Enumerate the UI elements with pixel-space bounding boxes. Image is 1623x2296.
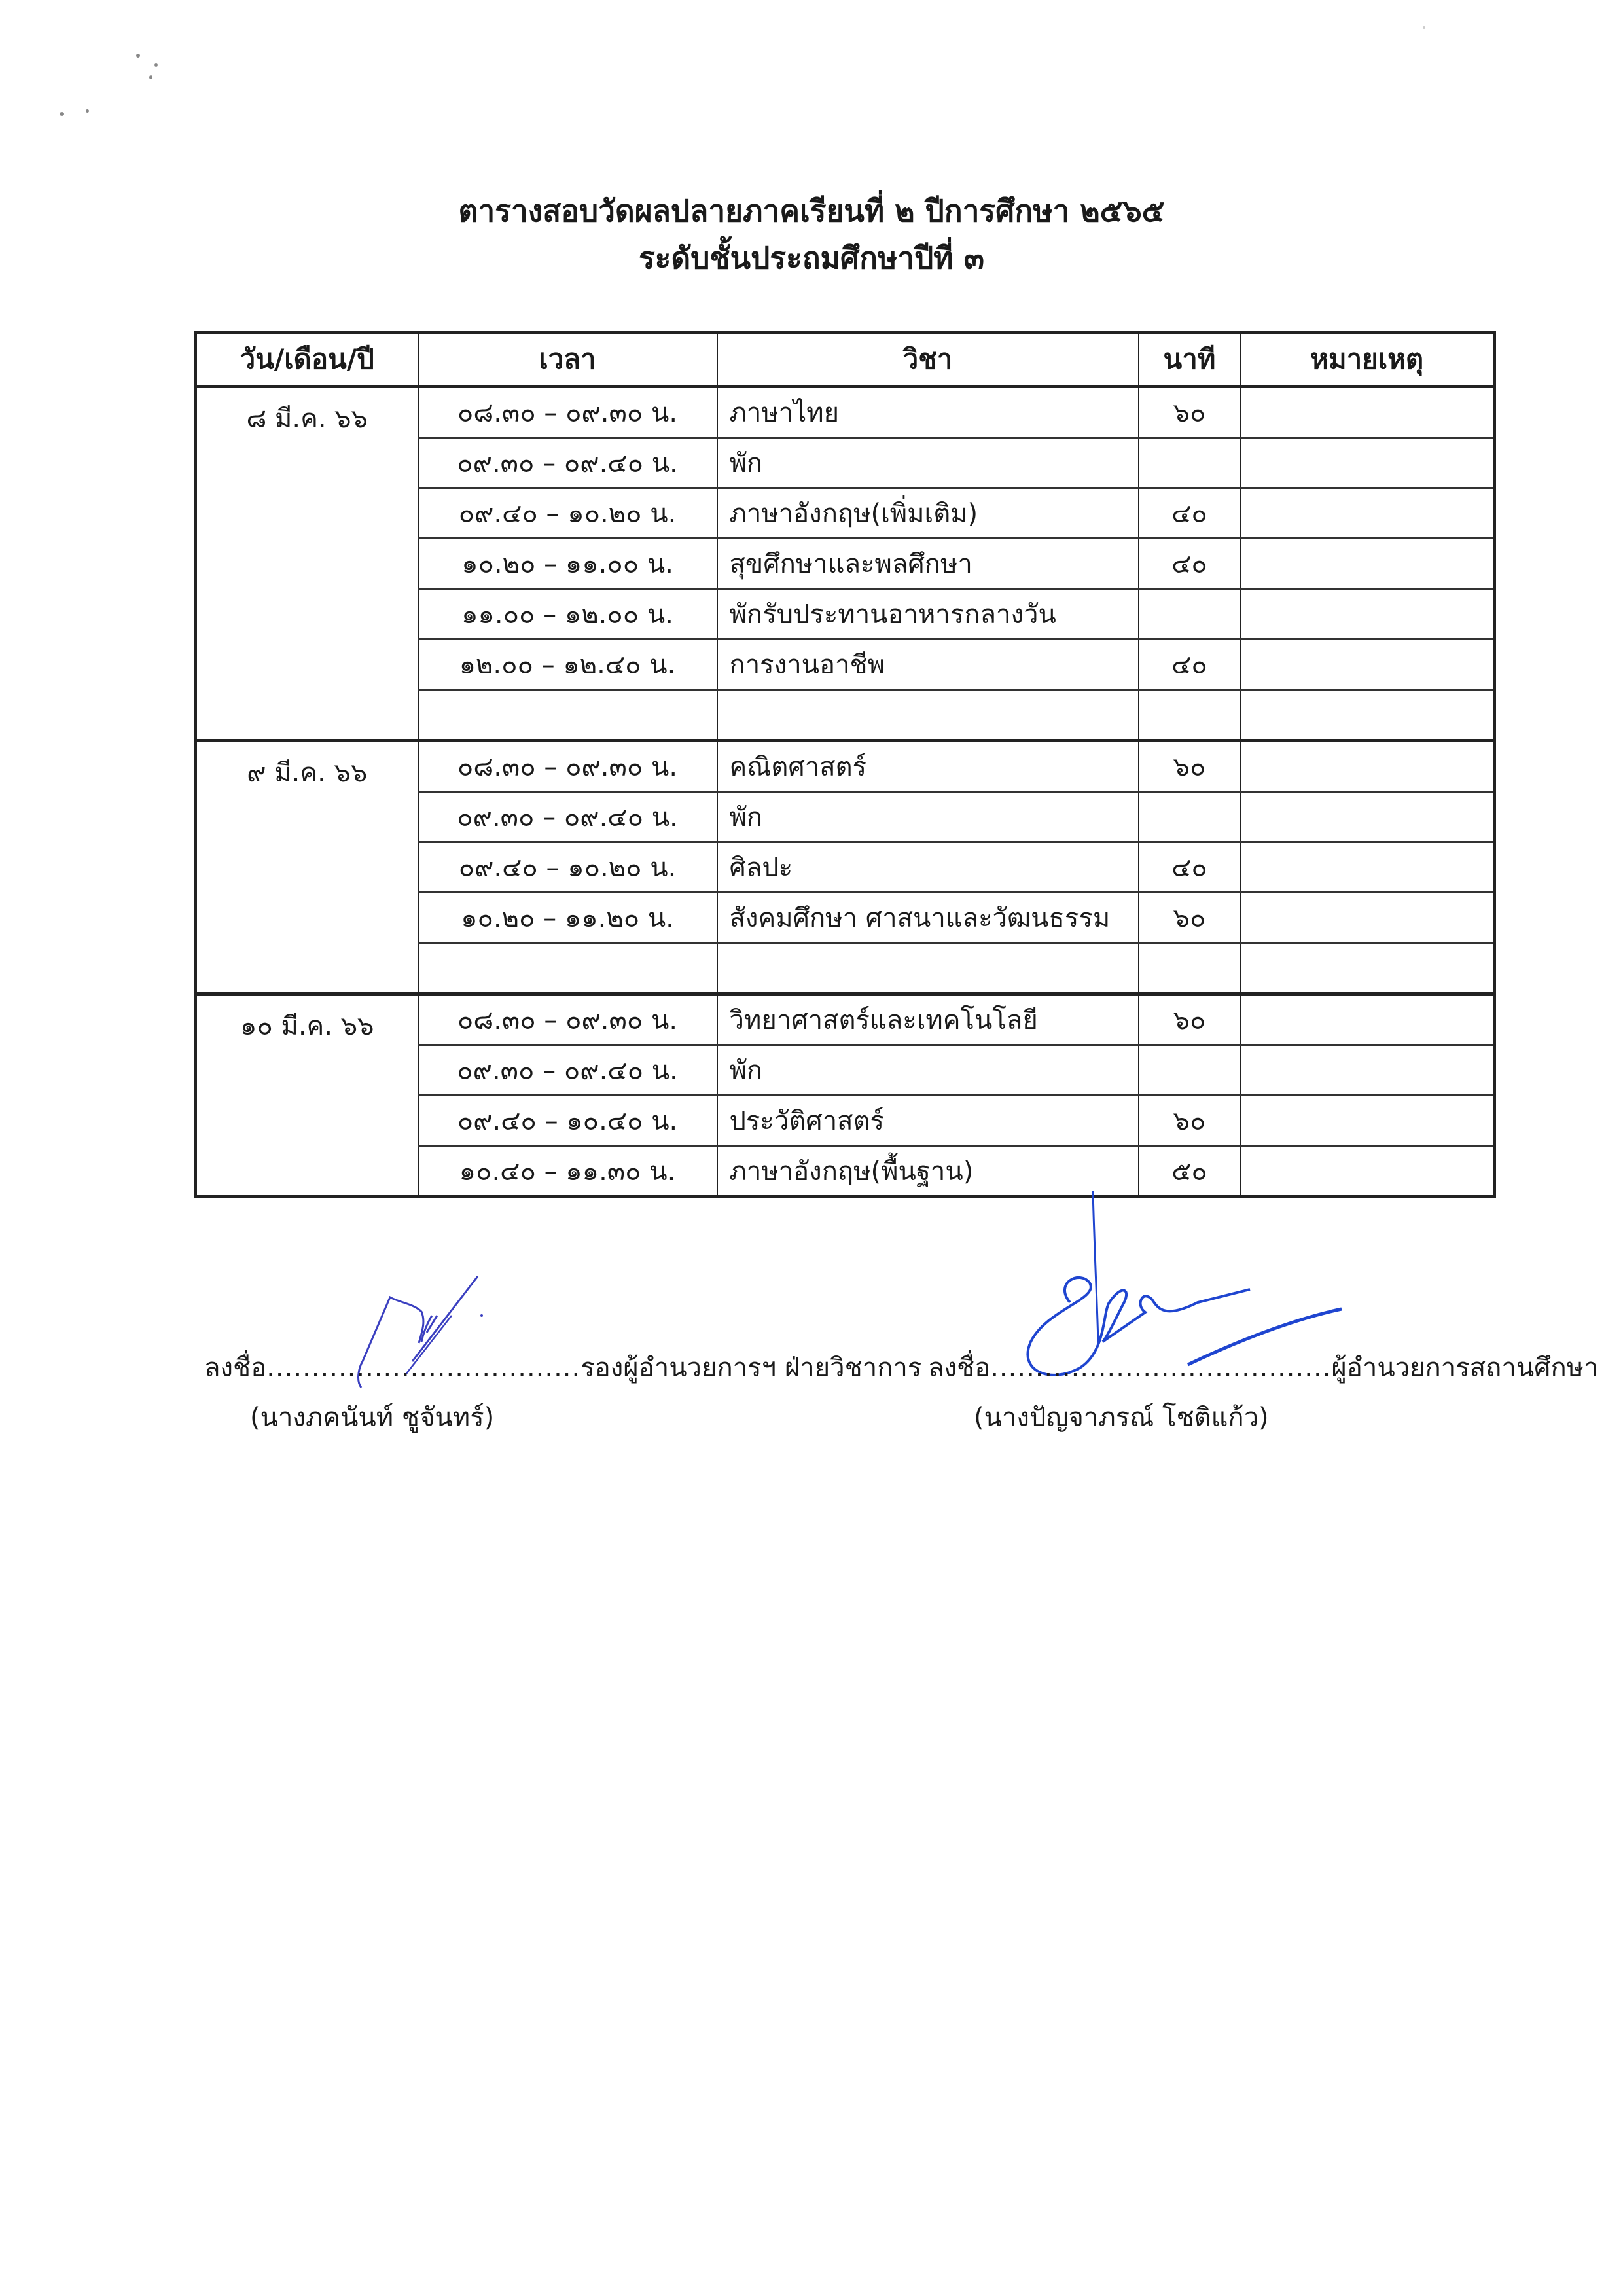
cell-time: ๐๙.๔๐ – ๑๐.๒๐ น. [418,842,717,893]
cell-time [418,943,717,994]
cell-subject: การงานอาชีพ [717,639,1139,690]
cell-remarks [1241,539,1495,589]
signer-position: ผู้อำนวยการสถานศึกษา [1331,1353,1598,1383]
cell-minutes: ๔๐ [1139,842,1241,893]
cell-remarks [1241,1146,1495,1197]
cell-date: ๙ มี.ค. ๖๖ [196,741,418,994]
cell-time: ๐๙.๓๐ – ๐๙.๔๐ น. [418,792,717,842]
document-title: ตารางสอบวัดผลปลายภาคเรียนที่ ๒ ปีการศึกษ… [0,187,1623,234]
cell-minutes [1139,438,1241,488]
cell-date: ๑๐ มี.ค. ๖๖ [196,994,418,1197]
cell-remarks [1241,589,1495,639]
table-row: ๘ มี.ค. ๖๖๐๘.๓๐ – ๐๙.๓๐ น.ภาษาไทย๖๐ [196,387,1495,438]
cell-subject: พัก [717,792,1139,842]
cell-subject: วิทยาศาสตร์และเทคโนโลยี [717,994,1139,1045]
cell-time: ๐๘.๓๐ – ๐๙.๓๐ น. [418,387,717,438]
cell-subject: ภาษาอังกฤษ(พื้นฐาน) [717,1146,1139,1197]
cell-remarks [1241,741,1495,792]
scan-speck [154,63,158,67]
cell-minutes: ๖๐ [1139,387,1241,438]
cell-remarks [1241,994,1495,1045]
header-time: เวลา [418,332,717,387]
cell-remarks [1241,842,1495,893]
table-row: ๑๐ มี.ค. ๖๖๐๘.๓๐ – ๐๙.๓๐ น.วิทยาศาสตร์แล… [196,994,1495,1045]
cell-remarks [1241,639,1495,690]
table-row: ๙ มี.ค. ๖๖๐๘.๓๐ – ๐๙.๓๐ น.คณิตศาสตร์๖๐ [196,741,1495,792]
cell-subject: ศิลปะ [717,842,1139,893]
signature-block-deputy: ลงชื่อ..................................… [204,1350,921,1436]
cell-minutes [1139,589,1241,639]
cell-minutes: ๔๐ [1139,488,1241,539]
cell-time: ๑๐.๒๐ – ๑๑.๒๐ น. [418,893,717,943]
cell-subject: พักรับประทานอาหารกลางวัน [717,589,1139,639]
cell-remarks [1241,690,1495,741]
scan-speck [60,112,64,116]
signature-block-director: ลงชื่อ..................................… [928,1350,1599,1436]
cell-minutes: ๖๐ [1139,893,1241,943]
cell-remarks [1241,387,1495,438]
cell-subject: สังคมศึกษา ศาสนาและวัฒนธรรม [717,893,1139,943]
scan-speck [136,54,140,58]
cell-time: ๐๘.๓๐ – ๐๙.๓๐ น. [418,741,717,792]
cell-minutes [1139,792,1241,842]
scan-speck [149,75,152,79]
cell-time: ๑๐.๔๐ – ๑๑.๓๐ น. [418,1146,717,1197]
cell-minutes: ๖๐ [1139,1096,1241,1146]
cell-time: ๐๙.๓๐ – ๐๙.๔๐ น. [418,438,717,488]
signature-line: ................................... [266,1353,580,1383]
cell-time: ๐๘.๓๐ – ๐๙.๓๐ น. [418,994,717,1045]
signer-position: รองผู้อำนวยการฯ ฝ่ายวิชาการ [580,1353,921,1383]
cell-time [418,690,717,741]
cell-subject: พัก [717,438,1139,488]
scan-speck [86,109,89,113]
cell-date: ๘ มี.ค. ๖๖ [196,387,418,741]
cell-minutes [1139,1045,1241,1096]
cell-minutes [1139,943,1241,994]
cell-minutes: ๖๐ [1139,994,1241,1045]
cell-remarks [1241,488,1495,539]
signature-line: ...................................... [990,1353,1331,1383]
cell-time: ๐๙.๔๐ – ๑๐.๒๐ น. [418,488,717,539]
cell-subject [717,943,1139,994]
cell-remarks [1241,1045,1495,1096]
cell-remarks [1241,792,1495,842]
cell-remarks [1241,1096,1495,1146]
cell-remarks [1241,943,1495,994]
header-remarks: หมายเหตุ [1241,332,1495,387]
header-subject: วิชา [717,332,1139,387]
cell-remarks [1241,438,1495,488]
cell-subject: คณิตศาสตร์ [717,741,1139,792]
cell-minutes: ๔๐ [1139,539,1241,589]
cell-subject: ภาษาอังกฤษ(เพิ่มเติม) [717,488,1139,539]
signer-name: (นางปัญจาภรณ์ โชติแก้ว) [928,1399,1599,1436]
header-minutes: นาที [1139,332,1241,387]
sign-label: ลงชื่อ [204,1353,266,1383]
cell-time: ๑๑.๐๐ – ๑๒.๐๐ น. [418,589,717,639]
signer-name: (นางภคนันท์ ชูจันทร์) [204,1399,921,1436]
sign-label: ลงชื่อ [928,1353,990,1383]
cell-remarks [1241,893,1495,943]
cell-subject: สุขศึกษาและพลศึกษา [717,539,1139,589]
scan-speck [1423,26,1425,29]
cell-subject: พัก [717,1045,1139,1096]
cell-minutes: ๔๐ [1139,639,1241,690]
cell-time: ๑๒.๐๐ – ๑๒.๔๐ น. [418,639,717,690]
table-body: ๘ มี.ค. ๖๖๐๘.๓๐ – ๐๙.๓๐ น.ภาษาไทย๖๐๐๙.๓๐… [196,387,1495,1197]
exam-schedule-table: วัน/เดือน/ปี เวลา วิชา นาที หมายเหตุ ๘ ม… [194,331,1496,1198]
cell-minutes [1139,690,1241,741]
cell-time: ๐๙.๔๐ – ๑๐.๔๐ น. [418,1096,717,1146]
cell-subject [717,690,1139,741]
table-header-row: วัน/เดือน/ปี เวลา วิชา นาที หมายเหตุ [196,332,1495,387]
cell-minutes: ๖๐ [1139,741,1241,792]
document-subtitle: ระดับชั้นประถมศึกษาปีที่ ๓ [0,234,1623,281]
cell-minutes: ๕๐ [1139,1146,1241,1197]
cell-time: ๑๐.๒๐ – ๑๑.๐๐ น. [418,539,717,589]
cell-subject: ประวัติศาสตร์ [717,1096,1139,1146]
cell-subject: ภาษาไทย [717,387,1139,438]
header-date: วัน/เดือน/ปี [196,332,418,387]
cell-time: ๐๙.๓๐ – ๐๙.๔๐ น. [418,1045,717,1096]
